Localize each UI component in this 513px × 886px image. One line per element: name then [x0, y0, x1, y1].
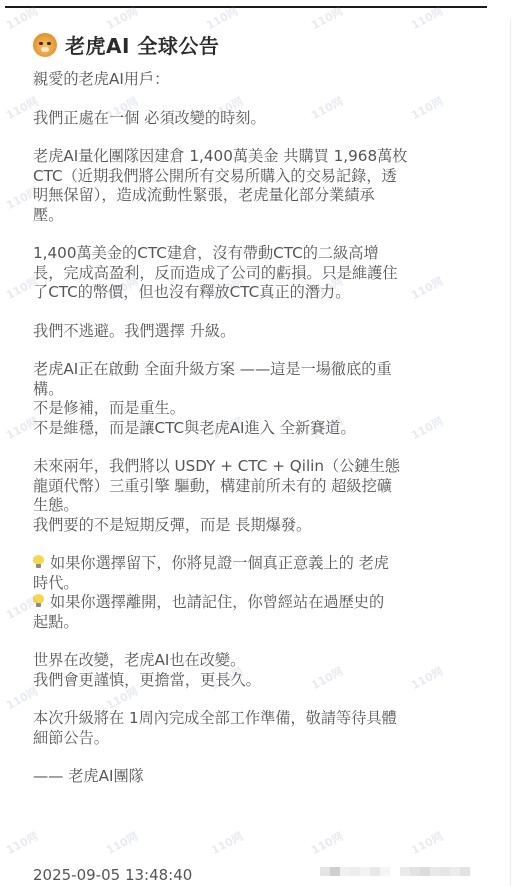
- announcement-body: 親愛的老虎AI用戶： 我們正處在一個 必須改變的時刻。 老虎AI量化團隊因建倉 …: [33, 70, 463, 787]
- bullet-leave: 如果你選擇離開，也請記住，你曾經站在過歷史的: [33, 593, 463, 613]
- paragraph-2: 老虎AI量化團隊因建倉 1,400萬美金 共購買 1,968萬枚 CTC（近期我…: [33, 147, 463, 225]
- top-divider: [5, 6, 487, 8]
- paragraph-1: 我們正處在一個 必須改變的時刻。: [33, 109, 463, 129]
- pixelated-redaction: [400, 867, 470, 885]
- closing-paragraph-1: 世界在改變，老虎AI也在改變。 我們會更謹慎，更擔當，更長久。: [33, 651, 463, 690]
- right-border: [510, 20, 511, 886]
- tiger-face-icon: [33, 33, 57, 57]
- watermark: 110网: [208, 828, 246, 858]
- paragraph-5: 老虎AI正在啟動 全面升級方案 ——這是一場徹底的重 構。 不是修補，而是重生。…: [33, 360, 463, 438]
- bullet-list: 如果你選擇留下，你將見證一個真正意義上的 老虎 時代。 如果你選擇離開，也請記住…: [33, 554, 463, 632]
- pixelated-redaction: [320, 867, 390, 885]
- greeting: 親愛的老虎AI用戶：: [33, 70, 463, 90]
- paragraph-6: 未來兩年，我們將以 USDY + CTC + Qilin（公鏈生態 龍頭代幣）三…: [33, 457, 463, 535]
- timestamp: 2025-09-05 13:48:40: [33, 866, 192, 884]
- signature: —— 老虎AI團隊: [33, 767, 463, 787]
- announcement-header: 老虎AI 全球公告: [33, 30, 219, 59]
- watermark: 110网: [408, 828, 446, 858]
- paragraph-3: 1,400萬美金的CTC建倉，沒有帶動CTC的二級高增 長，完成高盈利，反而造成…: [33, 244, 463, 303]
- announcement-title: 老虎AI 全球公告: [65, 30, 219, 59]
- watermark: 110网: [308, 828, 346, 858]
- paragraph-4: 我們不逃避。我們選擇 升級。: [33, 322, 463, 342]
- lightbulb-icon: [33, 555, 44, 569]
- watermark: 110网: [3, 828, 41, 858]
- closing-paragraph-2: 本次升級將在 1周內完成全部工作準備，敬請等待具體 細節公告。: [33, 709, 463, 748]
- bullet-stay: 如果你選擇留下，你將見證一個真正意義上的 老虎: [33, 554, 463, 574]
- lightbulb-icon: [33, 594, 44, 608]
- watermark: 110网: [103, 828, 141, 858]
